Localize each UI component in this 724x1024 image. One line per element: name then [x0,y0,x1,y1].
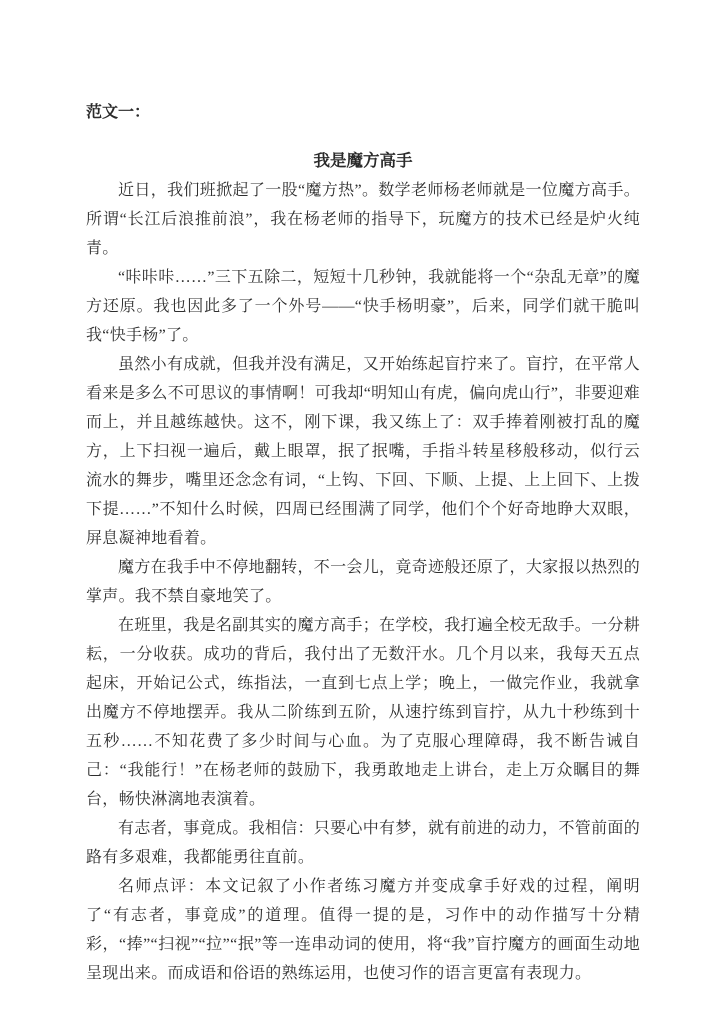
essay-paragraph: 近日，我们班掀起了一股“魔方热”。数学老师杨老师就是一位魔方高手。所谓“长江后浪… [86,176,640,263]
essay-body: 近日，我们班掀起了一股“魔方热”。数学老师杨老师就是一位魔方高手。所谓“长江后浪… [86,176,640,988]
section-label: 范文一： [86,103,640,123]
essay-paragraph: 魔方在我手中不停地翻转，不一会儿，竟奇迹般还原了，大家报以热烈的掌声。我不禁自豪… [86,553,640,611]
essay-title: 我是魔方高手 [86,147,640,176]
essay-paragraph: “咔咔咔……”三下五除二，短短十几秒钟，我就能将一个“杂乱无章”的魔方还原。我也… [86,263,640,350]
essay-paragraph: 在班里，我是名副其实的魔方高手；在学校，我打遍全校无敌手。一分耕耘，一分收获。成… [86,611,640,814]
essay-paragraph: 有志者，事竟成。我相信：只要心中有梦，就有前进的动力，不管前面的路有多艰难，我都… [86,814,640,872]
document-page: 范文一： 我是魔方高手 近日，我们班掀起了一股“魔方热”。数学老师杨老师就是一位… [0,0,724,1024]
teacher-review-paragraph: 名师点评：本文记叙了小作者练习魔方并变成拿手好戏的过程，阐明了“有志者，事竟成”… [86,872,640,988]
document-content: 范文一： 我是魔方高手 近日，我们班掀起了一股“魔方热”。数学老师杨老师就是一位… [0,0,724,988]
essay-paragraph: 虽然小有成就，但我并没有满足，又开始练起盲拧来了。盲拧，在平常人看来是多么不可思… [86,350,640,553]
